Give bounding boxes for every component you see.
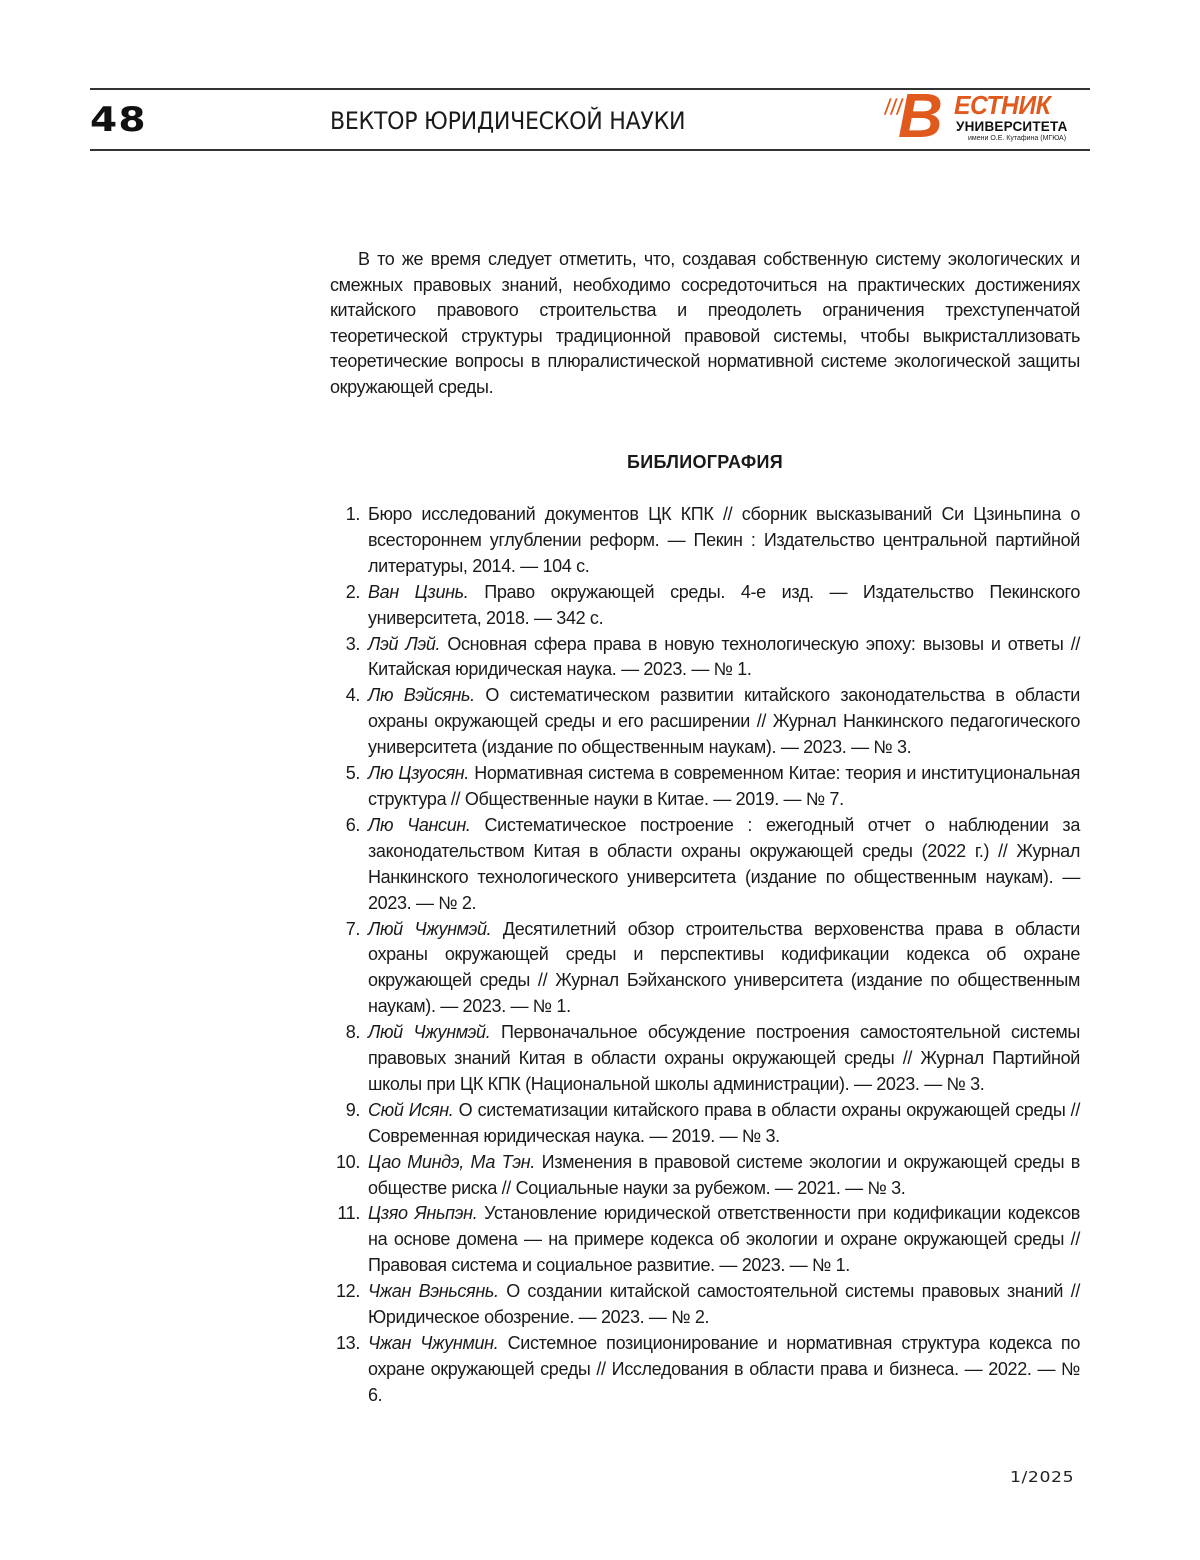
body-paragraph: В то же время следует отметить, что, соз… [330,247,1080,400]
entry-text: Бюро исследований документов ЦК КПК // с… [368,504,1080,576]
entry-number: 6. [330,813,360,839]
entry-number: 13. [330,1331,360,1357]
issue-number: 1/2025 [1010,1468,1074,1486]
journal-logo: ∣∣∣ В ЕСТНИК УНИВЕРСИТЕТА имени О.Е. Кут… [880,92,1090,148]
bibliography-entry: 3.Лэй Лэй. Основная сфера права в новую … [330,632,1080,684]
bibliography-entry: 5.Лю Цзуосян. Нормативная система в совр… [330,761,1080,813]
logo-subtitle: имени О.Е. Кутафина (МГЮА) [968,135,1066,143]
bibliography-entry: 4.Лю Вэйсянь. О систематическом развитии… [330,683,1080,761]
entry-author: Цзяо Яньпэн. [368,1203,477,1223]
entry-number: 5. [330,761,360,787]
entry-number: 3. [330,632,360,658]
entry-author: Люй Чжунмэй. [368,1022,490,1042]
entry-author: Ван Цзинь. [368,582,468,602]
entry-number: 8. [330,1020,360,1046]
bibliography-entry: 11.Цзяо Яньпэн. Установление юридической… [330,1201,1080,1279]
bibliography-entry: 13.Чжан Чжунмин. Системное позиционирова… [330,1331,1080,1409]
entry-author: Цао Миндэ, Ма Тэн. [368,1152,535,1172]
entry-number: 7. [330,917,360,943]
entry-text: Право окружающей среды. 4-е изд. — Издат… [368,582,1080,628]
section-title: ВЕКТОР ЮРИДИЧЕСКОЙ НАУКИ [330,106,685,136]
entry-text: Основная сфера права в новую технологиче… [368,634,1080,680]
bibliography-entry: 2.Ван Цзинь. Право окружающей среды. 4-е… [330,580,1080,632]
entry-author: Чжан Вэньсянь. [368,1281,499,1301]
bibliography-entry: 7.Люй Чжунмэй. Десятилетний обзор строит… [330,917,1080,1021]
bibliography-entry: 10.Цао Миндэ, Ма Тэн. Изменения в правов… [330,1150,1080,1202]
logo-word: ЕСТНИК [954,92,1050,118]
bibliography-entry: 9.Сюй Исян. О систематизации китайского … [330,1098,1080,1150]
entry-author: Сюй Исян. [368,1100,453,1120]
bibliography-entry: 6.Лю Чансин. Систематическое построение … [330,813,1080,917]
logo-letter: В [898,86,943,148]
logo-university: УНИВЕРСИТЕТА [956,120,1068,134]
entry-text: Систематическое построение : ежегодный о… [368,815,1080,913]
entry-number: 4. [330,683,360,709]
entry-author: Лю Чансин. [368,815,471,835]
entry-text: Нормативная система в современном Китае:… [368,763,1080,809]
entry-number: 11. [330,1201,360,1227]
bibliography-heading: БИБЛИОГРАФИЯ [330,452,1080,473]
entry-author: Лю Вэйсянь. [368,685,475,705]
entry-number: 9. [330,1098,360,1124]
entry-text: О систематическом развитии китайского за… [368,685,1080,757]
entry-number: 10. [330,1150,360,1176]
entry-number: 2. [330,580,360,606]
bibliography-entry: 1.Бюро исследований документов ЦК КПК //… [330,502,1080,580]
entry-number: 12. [330,1279,360,1305]
page-number: 48 [90,100,147,140]
entry-author: Лэй Лэй. [368,634,440,654]
bibliography-entry: 8.Люй Чжунмэй. Первоначальное обсуждение… [330,1020,1080,1098]
header-bottom-rule [90,149,1090,151]
entry-text: О систематизации китайского права в обла… [368,1100,1080,1146]
entry-author: Люй Чжунмэй. [368,919,491,939]
entry-author: Чжан Чжунмин. [368,1333,498,1353]
entry-author: Лю Цзуосян. [368,763,469,783]
entry-number: 1. [330,502,360,528]
bibliography-list: 1.Бюро исследований документов ЦК КПК //… [330,502,1080,1409]
bibliography-entry: 12.Чжан Вэньсянь. О создании китайской с… [330,1279,1080,1331]
